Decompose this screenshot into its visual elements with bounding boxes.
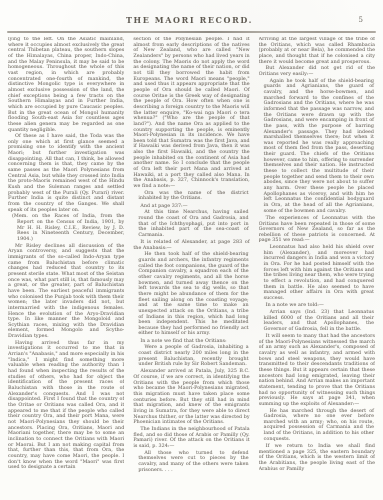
body-paragraph: It is related of Alexander, at page 283 … <box>133 240 249 251</box>
body-paragraph: If we return to India we shall find ment… <box>259 444 375 472</box>
body-paragraph: Arriving at the largest village of the t… <box>259 37 375 65</box>
page-number: 5 <box>359 16 363 24</box>
page-header: THE MAORI RECORD. 5 <box>8 15 371 27</box>
text-columns-container: lying to the left. On the Asiatic mainla… <box>8 37 375 496</box>
quotation-paragraph: He then took half of the shield-bearing … <box>138 252 248 337</box>
text-column-left: lying to the left. On the Asiatic mainla… <box>8 37 124 496</box>
quotation-paragraph: Ora was the name of the district inhabit… <box>138 191 248 202</box>
body-paragraph: Mr Risley declines all discussion of the… <box>8 244 124 340</box>
quotation-paragraph: Leonnatus had also held his shield over … <box>264 245 374 302</box>
quotation-paragraph: Were a people of Gadrosia, inhabiting a … <box>138 345 248 368</box>
citation-paragraph: (Mem. on the Races of India, from the Re… <box>8 214 124 242</box>
quotation-paragraph: He has marched through the desert of Gad… <box>264 409 374 443</box>
quotation-paragraph: At this time Nearchus, having sailed rou… <box>138 210 248 238</box>
body-paragraph: section of the Polynesian people. I had … <box>133 37 249 190</box>
body-paragraph: Of these as I have said, the Toda was th… <box>8 134 124 213</box>
scanned-newspaper-page: THE MAORI RECORD. 5 lying to the left. O… <box>0 0 383 500</box>
body-paragraph: The Indians in the neighbourhood of Pata… <box>133 427 249 450</box>
body-paragraph: And at page 337:— <box>133 204 249 210</box>
body-paragraph: The experiences of Leonnatus with the Or… <box>259 216 375 244</box>
header-rule-divider <box>7 31 376 33</box>
body-paragraph: Alexander arrived at Patala, July, 325 B… <box>133 369 249 426</box>
quotation-paragraph: Again he took half of the shield-bearing… <box>264 79 374 215</box>
text-column-middle: section of the Polynesian people. I had … <box>133 37 249 496</box>
body-paragraph: lying to the left. On the Asiatic mainla… <box>8 37 124 133</box>
body-paragraph: It will seem to many that had the ancest… <box>259 334 375 408</box>
quotation-paragraph: All those who turned to defend themselve… <box>138 451 248 474</box>
text-column-right: Arriving at the largest village of the t… <box>259 37 375 496</box>
body-paragraph: In a note we find that the Oritians: <box>133 339 249 345</box>
quotation-paragraph: Arrian says (Ind. 23) that Leonnatus kil… <box>264 310 374 333</box>
body-paragraph: In a note we are told:— <box>259 303 375 309</box>
body-paragraph: Having arrived thus far in my investigat… <box>8 341 124 471</box>
body-paragraph: But Alexander did not get rid of the Ori… <box>259 66 375 77</box>
masthead-title: THE MAORI RECORD. <box>8 15 371 25</box>
